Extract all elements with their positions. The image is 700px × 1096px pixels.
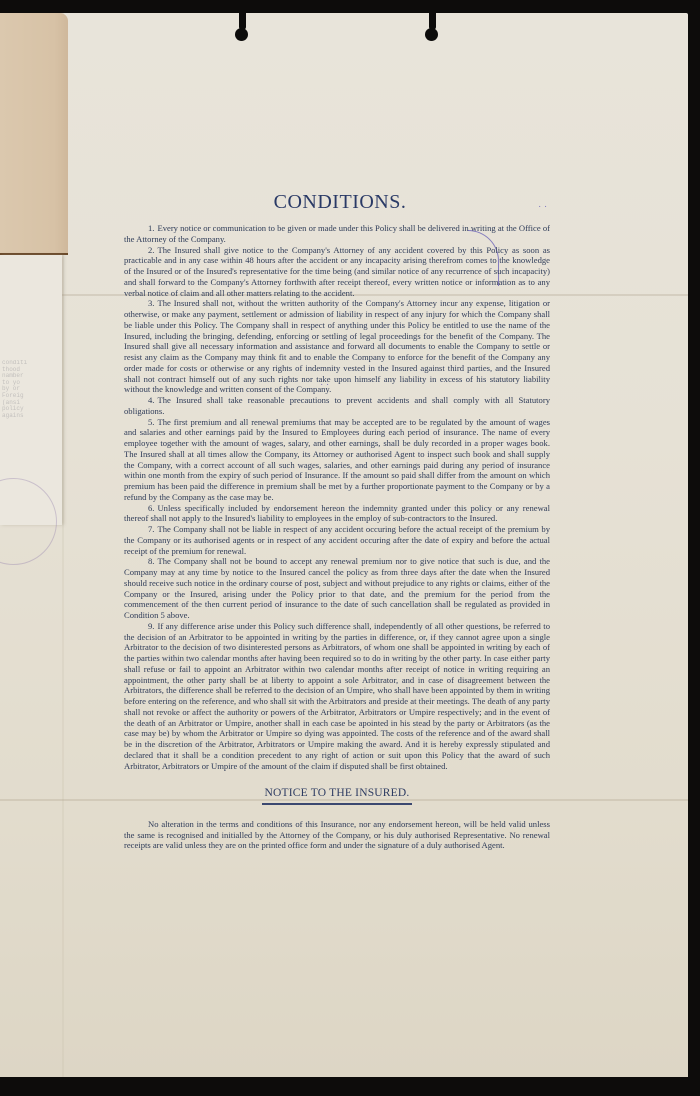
conditions-document: CONDITIONS. 1.Every notice or communicat…: [124, 191, 550, 851]
condition-text: The Company shall not be bound to accept…: [124, 556, 550, 620]
condition-number: 4.: [148, 395, 154, 405]
conditions-title: CONDITIONS.: [130, 191, 550, 214]
condition-text: If any difference arise under this Polic…: [124, 621, 550, 771]
condition-5: 5.The first premium and all renewal prem…: [124, 417, 550, 503]
notice-underline: [262, 803, 412, 805]
condition-text: Every notice or communication to be give…: [124, 223, 550, 244]
slip-bleed-through-text: conditi thood namber to yo by or Foreig …: [2, 360, 60, 419]
binding-hole-icon: [425, 0, 439, 45]
condition-text: The Insured shall not, without the writt…: [124, 298, 550, 394]
condition-6: 6.Unless specifically included by endors…: [124, 503, 550, 525]
notice-text: No alteration in the terms and condition…: [124, 819, 550, 851]
condition-4: 4.The Insured shall take reasonable prec…: [124, 395, 550, 417]
condition-number: 9.: [148, 621, 154, 631]
condition-number: 2.: [148, 245, 154, 255]
notice-heading: NOTICE TO THE INSURED.: [124, 787, 550, 799]
condition-1: 1.Every notice or communication to be gi…: [124, 223, 550, 245]
binding-hole-icon: [235, 0, 249, 45]
condition-number: 8.: [148, 556, 154, 566]
condition-2: 2.The Insured shall give notice to the C…: [124, 245, 550, 299]
condition-number: 5.: [148, 417, 154, 427]
document-sheet: conditi thood namber to yo by or Foreig …: [0, 13, 688, 1077]
attached-tan-flap: [0, 13, 68, 255]
condition-8: 8.The Company shall not be bound to acce…: [124, 556, 550, 621]
condition-number: 7.: [148, 524, 154, 534]
condition-text: The Company shall not be liable in respe…: [124, 524, 550, 556]
condition-text: The Insured shall take reasonable precau…: [124, 395, 550, 416]
condition-text: The first premium and all renewal premiu…: [124, 417, 550, 502]
condition-3: 3.The Insured shall not, without the wri…: [124, 298, 550, 395]
condition-text: The Insured shall give notice to the Com…: [124, 245, 550, 298]
condition-7: 7.The Company shall not be liable in res…: [124, 524, 550, 556]
condition-number: 3.: [148, 298, 154, 308]
condition-text: Unless specifically included by endorsem…: [124, 503, 550, 524]
condition-number: 1.: [148, 223, 154, 233]
condition-number: 6.: [148, 503, 154, 513]
condition-9: 9.If any difference arise under this Pol…: [124, 621, 550, 772]
